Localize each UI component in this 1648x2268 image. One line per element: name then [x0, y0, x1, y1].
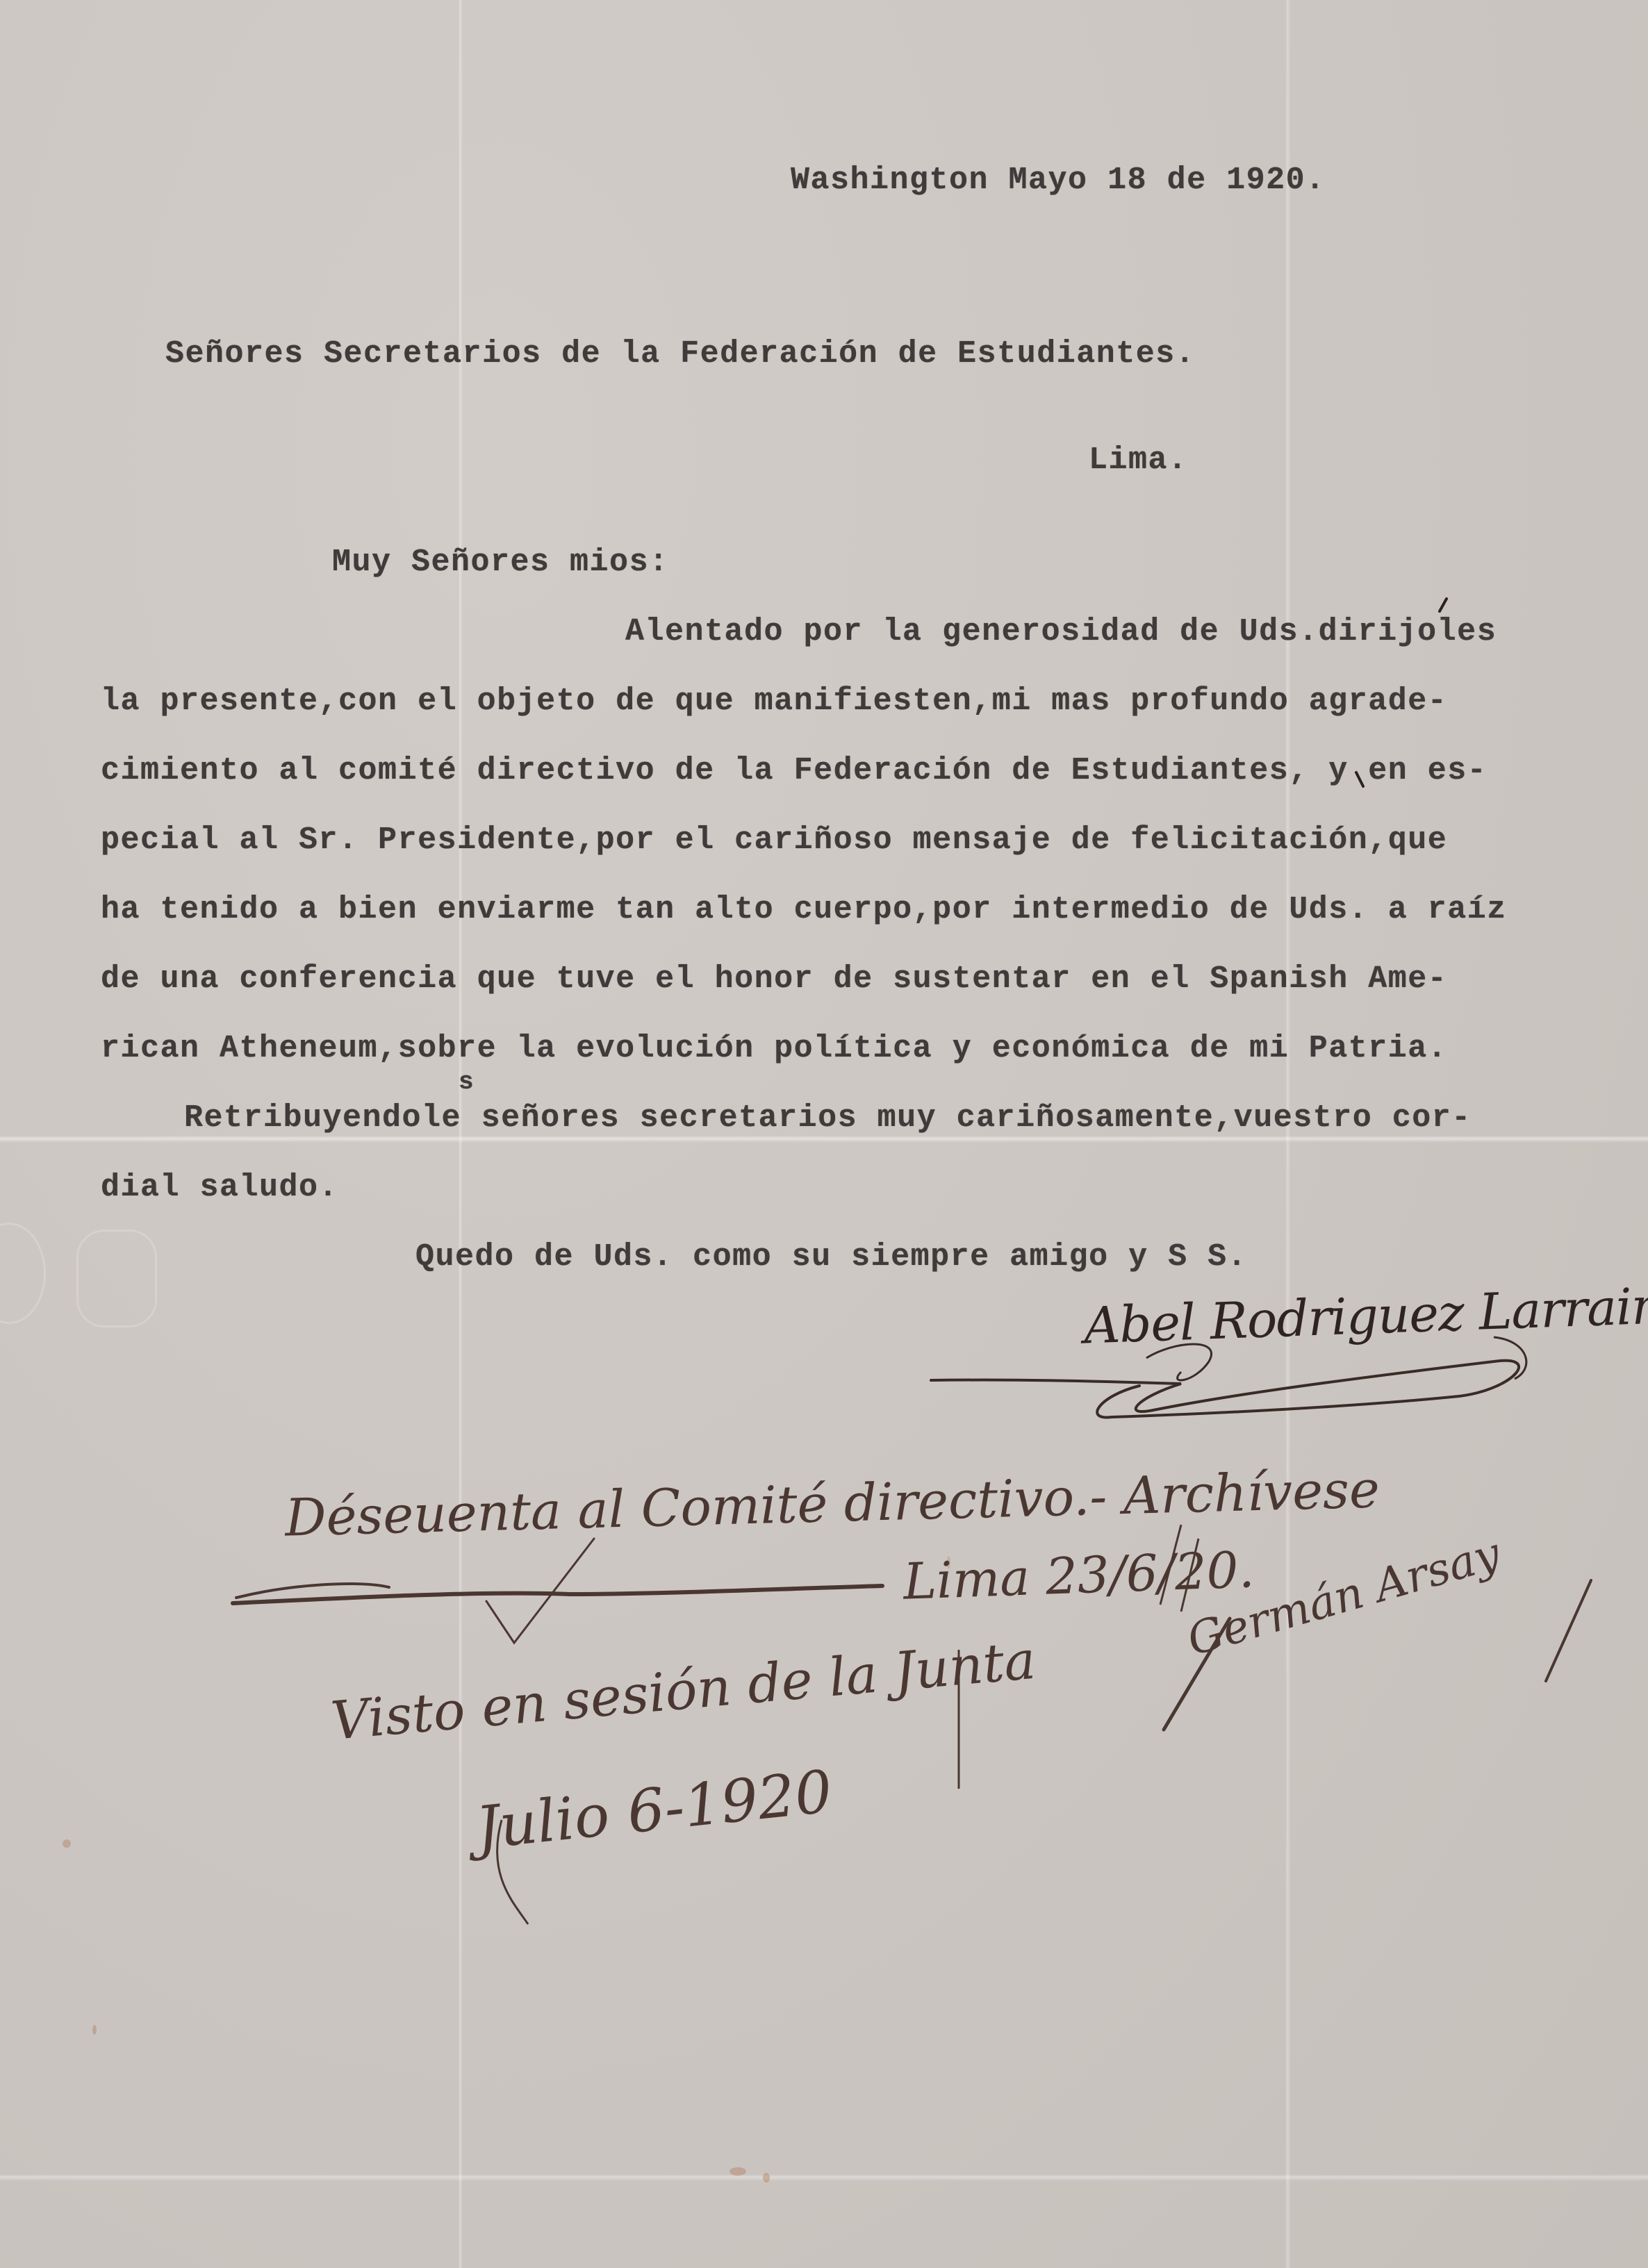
check-mark — [486, 1539, 594, 1643]
signature: Abel Rodriguez Larrain — [1083, 1280, 1648, 1350]
watermark-emboss-left — [0, 1223, 46, 1324]
salutation: Muy Señores mios: — [332, 547, 669, 578]
body-line: Alentado por la generosidad de Uds.dirij… — [625, 616, 1497, 647]
body-line: de una conferencia que tuve el honor de … — [101, 963, 1447, 995]
addressee: Señores Secretarios de la Federación de … — [165, 338, 1195, 370]
foxing-stain — [730, 2167, 746, 2176]
closing-line: Retribuyendole señores secretarios muy c… — [184, 1102, 1472, 1134]
foxing-stain — [763, 2173, 770, 2183]
body-line: pecial al Sr. Presidente,por el cariñoso… — [101, 825, 1447, 856]
city: Lima. — [1089, 445, 1188, 476]
watermark-emboss-right — [76, 1230, 157, 1327]
annotation-underline — [233, 1586, 882, 1603]
body-line: la presente,con el objeto de que manifie… — [101, 686, 1447, 717]
body-line: cimiento al comité directivo de la Feder… — [101, 755, 1487, 786]
foxing-stain — [63, 1839, 71, 1848]
body-line: ha tenido a bien enviarme tan alto cuerp… — [101, 894, 1507, 925]
closing-line: dial saludo. — [101, 1172, 338, 1203]
signature-flourish — [931, 1361, 1519, 1418]
annotation-note-2: Visto en sesión de la Junta — [329, 1634, 1037, 1748]
valediction: Quedo de Uds. como su siempre amigo y S … — [415, 1241, 1247, 1273]
annotation-note-1: Déseuenta al Comité directivo.- Archíves… — [284, 1464, 1380, 1543]
dateline: Washington Mayo 18 de 1920. — [791, 165, 1326, 196]
body-line: rican Atheneum,sobre la evolución políti… — [101, 1033, 1447, 1064]
annotation-note-1-date: Lima 23/6/20. — [903, 1544, 1255, 1607]
foxing-stain — [92, 2025, 97, 2035]
annotation-note-2-date: Julio 6-1920 — [473, 1762, 834, 1857]
interlinear-correction: s — [459, 1070, 475, 1095]
letter-page: Washington Mayo 18 de 1920. Señores Secr… — [0, 0, 1648, 2268]
